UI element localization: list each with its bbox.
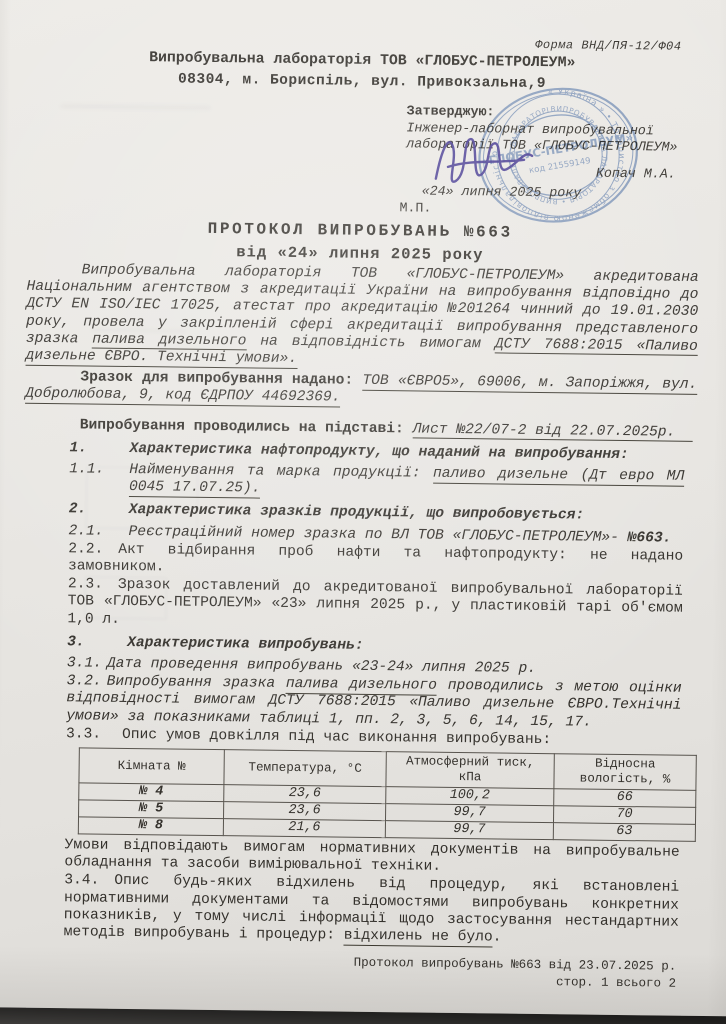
text-segment: . xyxy=(493,930,502,946)
section-heading: 2.Характеристика зразків продукції, що в… xyxy=(69,502,684,527)
seal-place-mark: М.П. xyxy=(399,200,431,215)
env-table-cell: № 5 xyxy=(79,800,224,819)
env-table-header-cell: Температура, °С xyxy=(224,750,386,787)
env-table-body: № 423,6100,266№ 523,699,770№ 821,699,763 xyxy=(78,783,696,842)
item-number: 2.2. xyxy=(68,541,118,559)
stamp-code-text: код 21559149 xyxy=(528,156,591,176)
approval-block: Затверджую: Інженер-лаборнат випробуваль… xyxy=(406,103,678,156)
numbered-item: 2.3.Зразок доставлений до акредитованої … xyxy=(67,576,683,635)
item-number: 2.3. xyxy=(68,576,118,594)
env-table-cell: № 8 xyxy=(78,817,223,836)
env-table-cell: 21,6 xyxy=(223,819,385,838)
item-number: 3. xyxy=(67,634,127,652)
item-number: 3.1. xyxy=(67,655,107,673)
item-number: 1. xyxy=(69,440,129,458)
text-segment: Акт відбирання проб нафти та нафтопродук… xyxy=(68,542,683,576)
bleed-through-mark xyxy=(61,104,211,110)
item-number: 2.1. xyxy=(68,523,128,541)
item-number: 1.1. xyxy=(69,461,129,496)
sample-paragraph: Зразок для випробування надано: ТОВ «ЄВР… xyxy=(25,369,697,412)
text-segment: Випробування проводились на підставі: xyxy=(80,417,413,437)
numbered-item: 3.2.Випробування зразка палива дизельног… xyxy=(66,673,682,732)
document-page: Форма ВНД/ПЯ-12/Ф04 Випробувальна лабора… xyxy=(0,0,726,1016)
footer-page-number: стор. 1 всього 2 xyxy=(353,972,676,993)
approval-date: «24» липня 2025 року xyxy=(422,184,582,201)
env-conditions-table: Кімната №Температура, °САтмосферний тиск… xyxy=(78,747,697,842)
numbered-items: 1.Характеристика нафтопродукту, що надан… xyxy=(63,440,684,949)
document-body: Випробувальна лабораторія ТОВ «ГЛОБУС-ПЕ… xyxy=(18,262,698,950)
text-segment: Характеристика зразків продукції, що вип… xyxy=(129,502,585,524)
env-table-cell: 99,7 xyxy=(385,821,553,840)
env-table-header-cell: Відносна вологість, % xyxy=(554,754,696,791)
env-table-cell: № 4 xyxy=(79,783,224,802)
text-segment: на відповідність вимогам xyxy=(246,333,495,352)
env-table-cell: 23,6 xyxy=(224,785,386,804)
env-table-cell: 63 xyxy=(553,823,695,842)
approver-role-line2: лабораторії ТОВ «ГЛОБУС-ПЕТРОЛЕУМ» xyxy=(406,136,677,156)
item-number: 3.4. xyxy=(64,873,114,891)
env-table-cell: 66 xyxy=(554,789,696,808)
item-text: Найменування та марка продукції: паливо … xyxy=(129,462,684,503)
text-segment: Зразок доставлений до акредитованої випр… xyxy=(67,577,683,627)
form-code: Форма ВНД/ПЯ-12/Ф04 xyxy=(535,38,681,54)
env-table-cell: 23,6 xyxy=(224,802,386,821)
numbered-item: 3.4.Опис будь-яких відхилень від процеду… xyxy=(63,873,679,949)
env-table-header-cell: Атмосферний тиск, кПа xyxy=(386,752,554,789)
text-segment: Характеристика випробувань: xyxy=(127,635,364,654)
text-segment: №663. xyxy=(628,530,672,547)
lab-address: 08304, м. Бориспіль, вул. Привокзальна,9 xyxy=(0,69,725,94)
section-heading: 1.Характеристика нафтопродукту, що надан… xyxy=(69,440,684,465)
approver-name: Копач М.А. xyxy=(596,166,676,182)
item-number: 3.3. xyxy=(66,726,122,744)
env-table-cell: 100,2 xyxy=(386,787,554,806)
text-segment: Випробування зразка xyxy=(107,674,286,692)
text-segment: відхилень не було xyxy=(344,928,493,947)
item-number: 2. xyxy=(69,502,129,520)
env-table-header-cell: Кімната № xyxy=(79,748,224,785)
item-text: Характеристика випробувань: xyxy=(127,635,682,659)
section-heading: 3.Характеристика випробувань: xyxy=(67,634,682,659)
env-table-cell: 70 xyxy=(553,806,695,825)
item-text: Характеристика зразків продукції, що вип… xyxy=(129,502,684,526)
text-segment: Лист №22/07-2 від 22.07.2025р. xyxy=(412,421,692,442)
text-segment: Найменування та марка продукції: xyxy=(129,462,433,482)
text-segment: Умови відповідають вимогам нормативних д… xyxy=(64,837,679,875)
basis-paragraph: Випробування проводились на підставі: Ли… xyxy=(25,416,697,441)
item-number: 3.2. xyxy=(67,673,107,691)
numbered-item: 1.1.Найменування та марка продукції: пал… xyxy=(69,461,684,503)
intro-paragraph: Випробувальна лабораторія ТОВ «ГЛОБУС-ПЕ… xyxy=(26,262,699,373)
page-footer: Протокол випробувань №663 від 23.07.2025… xyxy=(353,955,676,993)
env-table-cell: 99,7 xyxy=(385,804,553,823)
protocol-title: ПРОТОКОЛ ВИПРОБУВАНЬ №663 xyxy=(0,217,723,244)
text-segment: Характеристика нафтопродукту, що наданий… xyxy=(129,441,628,463)
item-text: Характеристика нафтопродукту, що наданий… xyxy=(129,441,684,465)
